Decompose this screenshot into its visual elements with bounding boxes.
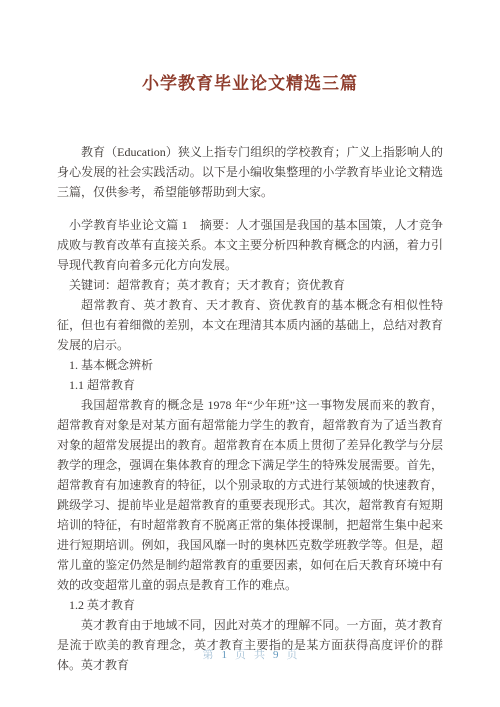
- page-number-label: 第: [203, 649, 214, 661]
- paragraph: 1.2 英才教育: [57, 595, 443, 615]
- page-number-label: 页: [287, 649, 298, 661]
- paragraph: 超常教育、英才教育、天才教育、资优教育的基本概念有相似性特征，但也有着细微的差别…: [57, 295, 443, 355]
- page-number-label: 页: [235, 649, 246, 661]
- paragraph: 英才教育由于地域不同，因此对英才的理解不同。一方面，英才教育是流于欧美的教育理念…: [57, 615, 443, 675]
- paragraph: 关键词：超常教育；英才教育；天才教育；资优教育: [57, 275, 443, 295]
- paragraph: 小学教育毕业论文篇 1 摘要：人才强国是我国的基本国策，人才竞争成败与教育改革有…: [57, 215, 443, 275]
- page-title: 小学教育毕业论文精选三篇: [57, 72, 443, 96]
- paragraph: 我国超常教育的概念是 1978 年“少年班”这一事物发展而来的教育，超常教育对象…: [57, 395, 443, 595]
- page-number-value: 1: [222, 649, 228, 661]
- paragraph: 1.1 超常教育: [57, 375, 443, 395]
- page-number-label: 共: [254, 649, 265, 661]
- paragraph: 1. 基本概念辨析: [57, 355, 443, 375]
- paragraph-list: 教育（Education）狭义上指专门组织的学校教育；广义上指影响人的身心发展的…: [57, 142, 443, 675]
- document-body: 小学教育毕业论文精选三篇 教育（Education）狭义上指专门组织的学校教育；…: [0, 0, 500, 675]
- page-number-value: 9: [273, 649, 279, 661]
- document-page: 小学教育毕业论文精选三篇 教育（Education）狭义上指专门组织的学校教育；…: [0, 0, 500, 707]
- paragraph: 教育（Education）狭义上指专门组织的学校教育；广义上指影响人的身心发展的…: [57, 142, 443, 202]
- page-number-footer: 第1页共9页: [0, 648, 500, 662]
